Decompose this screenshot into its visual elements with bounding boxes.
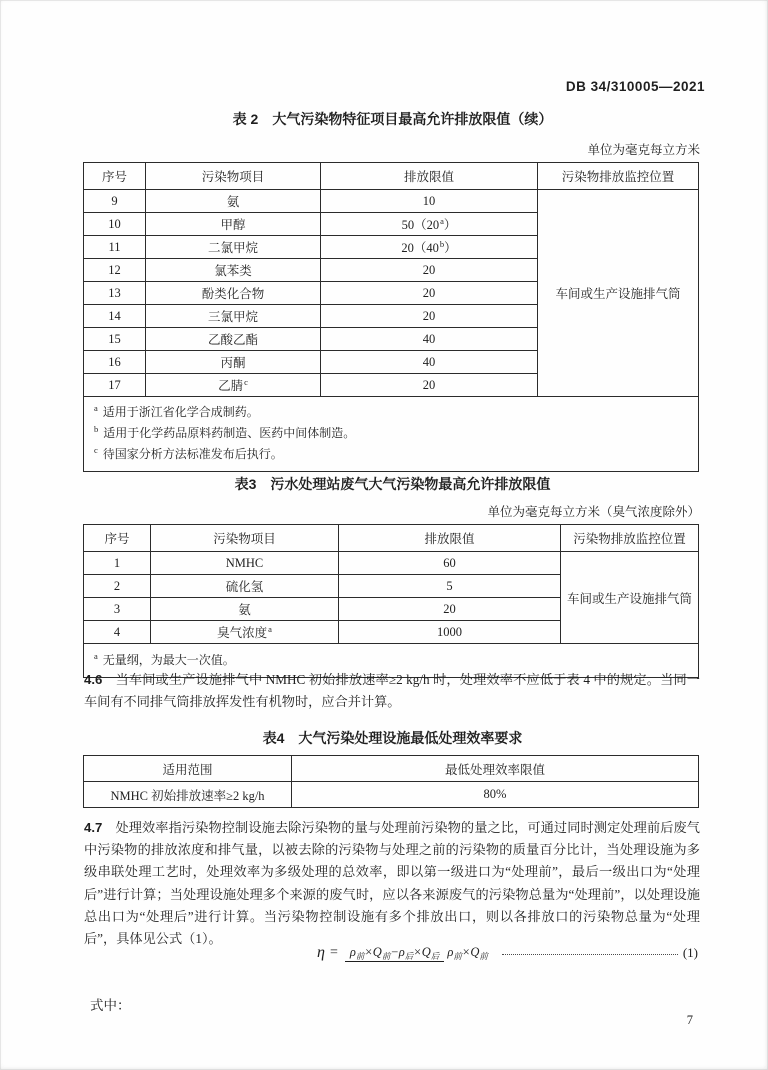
limit-close: ）: [444, 241, 457, 255]
formula-term: −ρ: [390, 945, 404, 959]
table-4-min-efficiency: 适用范围 最低处理效率限值 NMHC 初始排放速率≥2 kg/h 80%: [83, 755, 699, 808]
footnote-text: 无量纲，为最大一次值。: [103, 653, 235, 667]
column-header-monitor: 污染物排放监控位置: [538, 163, 699, 190]
table-2-unit-note: 单位为毫克每立方米: [587, 140, 700, 158]
item-superscript: a: [268, 624, 272, 634]
footnote-cell: a适用于浙江省化学合成制药。 b适用于化学药品原料药制造、医药中间体制造。 c待…: [84, 397, 699, 472]
cell-efficiency: 80%: [292, 782, 699, 808]
cell-no: 11: [84, 236, 146, 259]
formula-subscript: 前: [453, 951, 462, 961]
cell-item: 丙酮: [146, 351, 321, 374]
cell-no: 12: [84, 259, 146, 282]
limit-close: ）: [444, 218, 457, 232]
footnote: a无量纲，为最大一次值。: [93, 650, 690, 671]
clause-number: 4.6: [84, 672, 102, 687]
formula-term: ×Q: [413, 945, 430, 959]
formula-number: (1): [683, 945, 698, 961]
cell-limit: 1000: [339, 621, 561, 644]
column-header-limit: 排放限值: [339, 525, 561, 552]
item-text: 臭气浓度: [217, 626, 267, 640]
document-page: DB 34/310005—2021 表 2 大气污染物特征项目最高允许排放限值（…: [0, 0, 768, 1070]
cell-no: 16: [84, 351, 146, 374]
cell-limit: 40: [321, 328, 538, 351]
table-header-row: 序号 污染物项目 排放限值 污染物排放监控位置: [84, 163, 699, 190]
footnote-row: a适用于浙江省化学合成制药。 b适用于化学药品原料药制造、医药中间体制造。 c待…: [84, 397, 699, 472]
formula-term: ×Q: [364, 945, 381, 959]
column-header-scope: 适用范围: [84, 756, 292, 782]
table-header-row: 适用范围 最低处理效率限值: [84, 756, 699, 782]
formula-equals-sign: =: [330, 945, 338, 961]
footnote-text: 待国家分析方法标准发布后执行。: [103, 447, 283, 461]
clause-4-6: 4.6当车间或生产设施排气中 NMHC 初始排放速率≥2 kg/h 时，处理效率…: [84, 669, 700, 713]
cell-limit: 50（20a）: [321, 213, 538, 236]
limit-text: 50（20: [402, 218, 440, 232]
cell-monitor-location: 车间或生产设施排气筒: [561, 552, 699, 644]
footnote-mark: a: [94, 403, 98, 413]
table-2-emission-limits: 序号 污染物项目 排放限值 污染物排放监控位置 9 氨 10 车间或生产设施排气…: [83, 162, 699, 472]
table-3-unit-note: 单位为毫克每立方米（臭气浓度除外）: [487, 502, 700, 520]
footnote-mark: c: [94, 445, 98, 455]
table-row: NMHC 初始排放速率≥2 kg/h 80%: [84, 782, 699, 808]
formula-term: ×Q: [462, 945, 479, 959]
clause-number: 4.7: [84, 820, 102, 835]
column-header-efficiency: 最低处理效率限值: [292, 756, 699, 782]
cell-no: 1: [84, 552, 151, 575]
cell-item: 三氯甲烷: [146, 305, 321, 328]
cell-item: 氨: [146, 190, 321, 213]
cell-item: 氯苯类: [146, 259, 321, 282]
clause-text: 处理效率指污染物控制设施去除污染物的量与处理前污染物的量之比，可通过同时测定处理…: [84, 820, 700, 946]
cell-scope: NMHC 初始排放速率≥2 kg/h: [84, 782, 292, 808]
cell-item: 臭气浓度a: [151, 621, 339, 644]
cell-no: 3: [84, 598, 151, 621]
cell-no: 15: [84, 328, 146, 351]
doc-number: DB 34/310005—2021: [566, 79, 705, 94]
table-4-title: 表4 大气污染处理设施最低处理效率要求: [85, 728, 700, 748]
limit-text: 20（40: [401, 241, 439, 255]
clause-text: 当车间或生产设施排气中 NMHC 初始排放速率≥2 kg/h 时，处理效率不应低…: [84, 672, 700, 709]
table-3-wastewater-station-limits: 序号 污染物项目 排放限值 污染物排放监控位置 1 NMHC 60 车间或生产设…: [83, 524, 699, 678]
cell-limit: 5: [339, 575, 561, 598]
formula-eta-symbol: η: [317, 944, 325, 962]
footnote: c待国家分析方法标准发布后执行。: [93, 444, 690, 465]
clause-4-7: 4.7处理效率指污染物控制设施去除污染物的量与处理前污染物的量之比，可通过同时测…: [84, 817, 700, 950]
cell-limit: 40: [321, 351, 538, 374]
cell-item: 甲醇: [146, 213, 321, 236]
formula-subscript: 后: [431, 951, 440, 961]
column-header-limit: 排放限值: [321, 163, 538, 190]
cell-no: 4: [84, 621, 151, 644]
cell-item: 硫化氢: [151, 575, 339, 598]
cell-limit: 60: [339, 552, 561, 575]
footnote-text: 适用于化学药品原料药制造、医药中间体制造。: [103, 426, 355, 440]
cell-no: 10: [84, 213, 146, 236]
table-2-title: 表 2 大气污染物特征项目最高允许排放限值（续）: [85, 109, 700, 129]
column-header-no: 序号: [84, 163, 146, 190]
formula-intro: 式中：: [90, 994, 131, 1014]
cell-limit: 20（40b）: [321, 236, 538, 259]
table-3-title: 表3 污水处理站废气大气污染物最高允许排放限值: [85, 474, 700, 494]
formula-numerator: ρ前×Q前−ρ后×Q后: [345, 945, 444, 962]
cell-no: 9: [84, 190, 146, 213]
formula-subscript: 前: [479, 951, 488, 961]
column-header-item: 污染物项目: [151, 525, 339, 552]
column-header-no: 序号: [84, 525, 151, 552]
formula-fraction: ρ前×Q前−ρ后×Q后 ρ前×Q前: [345, 945, 488, 962]
cell-item: 二氯甲烷: [146, 236, 321, 259]
table-row: 1 NMHC 60 车间或生产设施排气筒: [84, 552, 699, 575]
cell-item: 酚类化合物: [146, 282, 321, 305]
item-text: 乙腈: [218, 379, 243, 393]
cell-item: 乙腈c: [146, 374, 321, 397]
column-header-item: 污染物项目: [146, 163, 321, 190]
dotted-leader: [502, 953, 678, 955]
item-superscript: c: [244, 377, 248, 387]
cell-no: 14: [84, 305, 146, 328]
footnote-text: 适用于浙江省化学合成制药。: [103, 405, 259, 419]
cell-item: 乙酸乙酯: [146, 328, 321, 351]
footnote-mark: a: [94, 651, 98, 661]
cell-limit: 20: [339, 598, 561, 621]
cell-limit: 20: [321, 282, 538, 305]
cell-no: 17: [84, 374, 146, 397]
cell-limit: 20: [321, 305, 538, 328]
cell-limit: 20: [321, 374, 538, 397]
cell-no: 13: [84, 282, 146, 305]
cell-monitor-location: 车间或生产设施排气筒: [538, 190, 699, 397]
table-header-row: 序号 污染物项目 排放限值 污染物排放监控位置: [84, 525, 699, 552]
table-row: 9 氨 10 车间或生产设施排气筒: [84, 190, 699, 213]
formula-denominator: ρ前×Q前: [447, 943, 488, 959]
footnote-mark: b: [94, 424, 98, 434]
footnote: b适用于化学药品原料药制造、医药中间体制造。: [93, 423, 690, 444]
cell-limit: 10: [321, 190, 538, 213]
cell-no: 2: [84, 575, 151, 598]
page-number: 7: [687, 1013, 693, 1028]
cell-item: NMHC: [151, 552, 339, 575]
footnote: a适用于浙江省化学合成制药。: [93, 402, 690, 423]
cell-item: 氨: [151, 598, 339, 621]
cell-limit: 20: [321, 259, 538, 282]
formula-1: η = ρ前×Q前−ρ后×Q后 ρ前×Q前 (1): [85, 944, 698, 962]
column-header-monitor: 污染物排放监控位置: [561, 525, 699, 552]
